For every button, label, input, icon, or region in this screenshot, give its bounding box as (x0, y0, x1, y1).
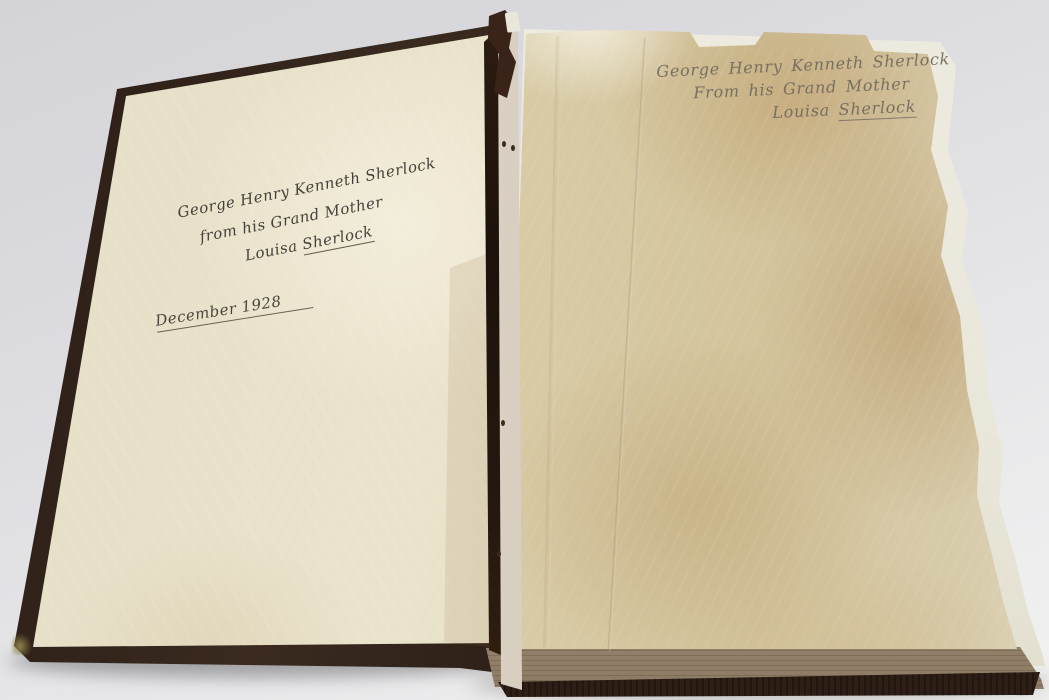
book-photo: George Henry Kenneth Sherlock from his G… (0, 0, 1049, 700)
cover-corner-wear (12, 633, 32, 655)
signature-last-name: Sherlock (838, 97, 916, 121)
signature-first-name: Louisa (772, 100, 830, 121)
stitch-hole (501, 420, 505, 426)
spine-fray-paper (505, 11, 521, 33)
stitch-hole (497, 551, 501, 557)
right-inscription: George Henry Kenneth Sherlock From his G… (656, 48, 969, 126)
stitch-hole (511, 145, 515, 151)
stitch-hole (502, 141, 506, 147)
